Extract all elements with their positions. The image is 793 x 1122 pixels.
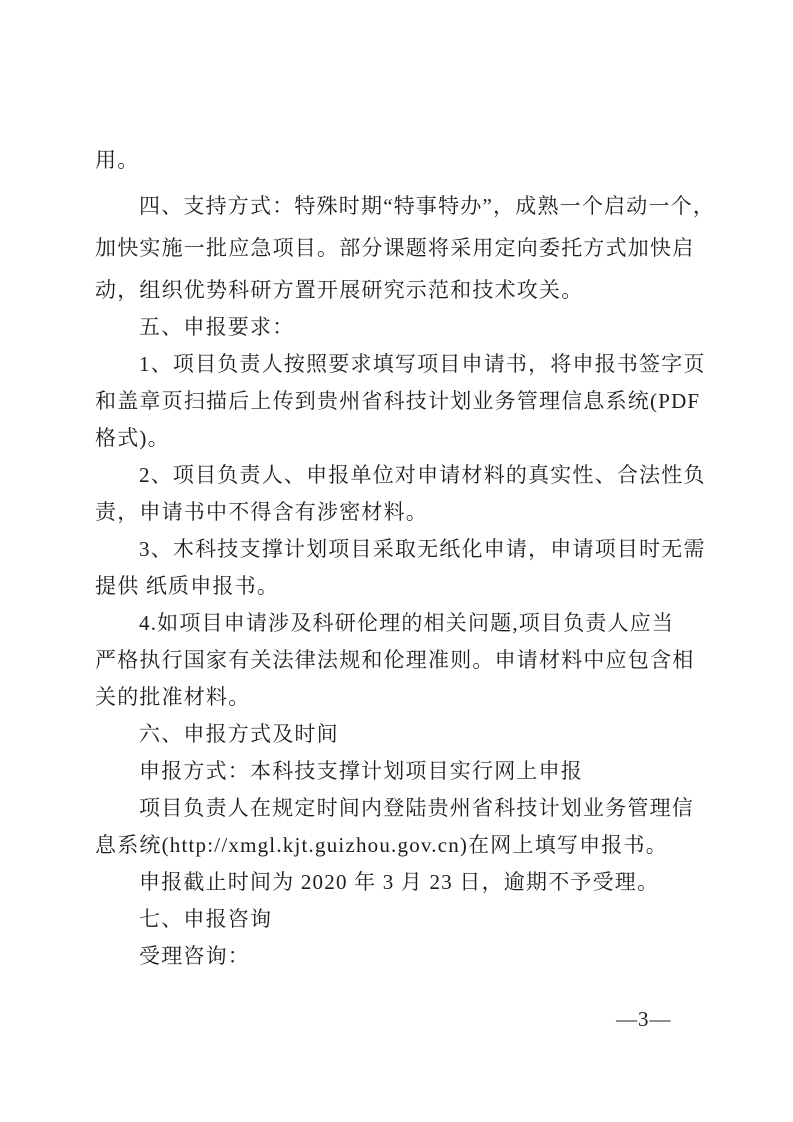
document-line-section-6: 六、申报方式及时间 bbox=[95, 716, 701, 753]
document-line: 加快实施一批应急项目。部分课题将采用定向委托方式加快启 bbox=[95, 230, 701, 267]
document-page: 用。 四、支持方式：特殊时期“特事特办”，成熟一个启动一个， 加快实施一批应急项… bbox=[0, 0, 793, 1122]
document-line: 严格执行国家有关法律法规和伦理准则。申请材料中应包含相 bbox=[95, 642, 701, 679]
document-line: 格式)。 bbox=[95, 420, 701, 457]
document-line-section-4: 四、支持方式：特殊时期“特事特办”，成熟一个启动一个， bbox=[95, 188, 701, 225]
document-line: 关的批准材料。 bbox=[95, 679, 701, 716]
document-line: 用。 bbox=[95, 142, 701, 179]
document-line-url: 息系统(http://xmgl.kjt.guizhou.gov.cn)在网上填写… bbox=[95, 827, 701, 864]
page-number: —3— bbox=[616, 1007, 672, 1032]
document-line: 申报方式：本科技支撑计划项目实行网上申报 bbox=[95, 753, 701, 790]
document-line: 动，组织优势科研方置开展研究示范和技术攻关。 bbox=[95, 272, 701, 309]
document-line-deadline: 申报截止时间为 2020 年 3 月 23 日，逾期不予受理。 bbox=[95, 864, 701, 901]
document-line-item-4: 4.如项目申请涉及科研伦理的相关问题,项目负责人应当 bbox=[95, 605, 701, 642]
document-line-item-3: 3、木科技支撑计划项目采取无纸化申请，申请项目时无需 bbox=[95, 531, 701, 568]
document-line: 受理咨询： bbox=[95, 938, 701, 975]
document-line-item-2: 2、项目负责人、申报单位对申请材料的真实性、合法性负 bbox=[95, 457, 701, 494]
document-line: 和盖章页扫描后上传到贵州省科技计划业务管理信息系统(PDF bbox=[95, 383, 701, 420]
document-line: 提供 纸质申报书。 bbox=[95, 568, 701, 605]
document-line-section-5: 五、申报要求： bbox=[95, 309, 701, 346]
document-line-section-7: 七、申报咨询 bbox=[95, 901, 701, 938]
document-line: 项目负责人在规定时间内登陆贵州省科技计划业务管理信 bbox=[95, 790, 701, 827]
document-line-item-1: 1、项目负责人按照要求填写项目申请书，将申报书签字页 bbox=[95, 346, 701, 383]
document-line: 责，申请书中不得含有涉密材料。 bbox=[95, 494, 701, 531]
document-body: 用。 四、支持方式：特殊时期“特事特办”，成熟一个启动一个， 加快实施一批应急项… bbox=[95, 142, 701, 975]
